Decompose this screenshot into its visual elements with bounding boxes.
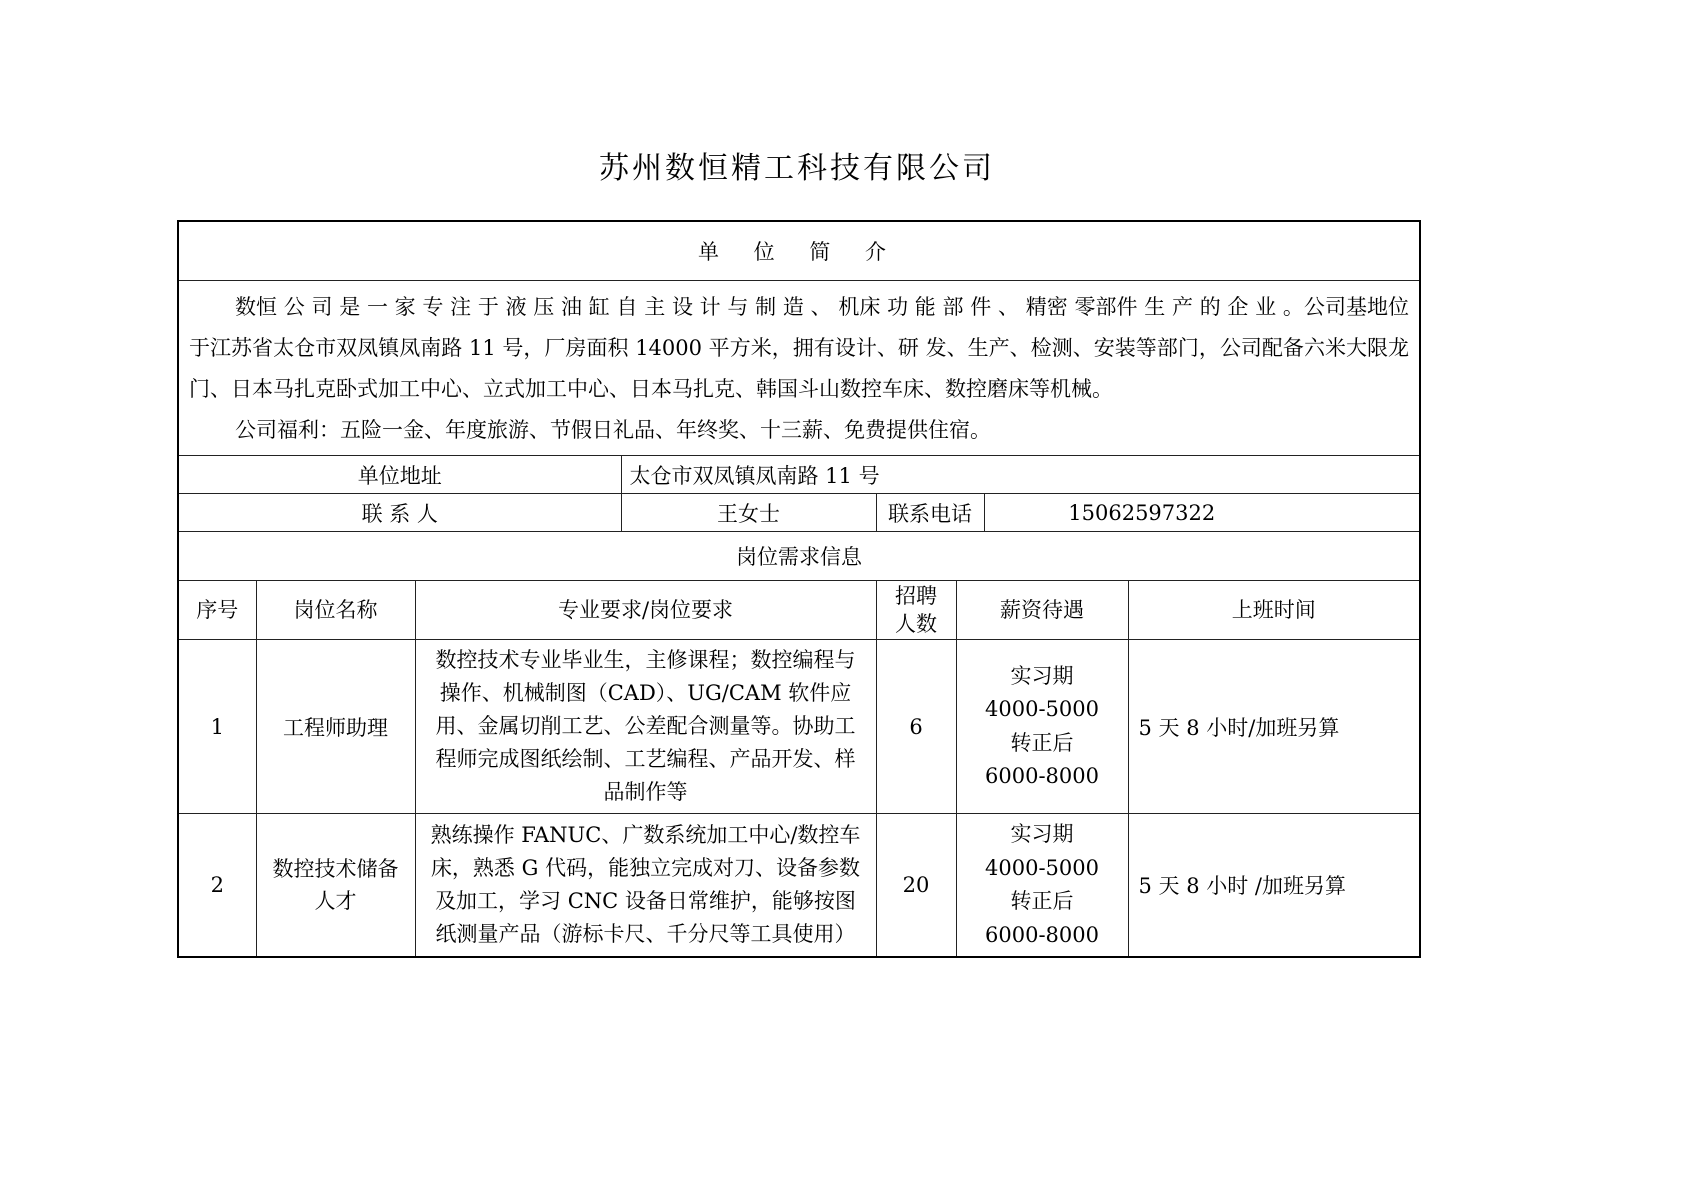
jobs-section-title: 岗位需求信息 bbox=[178, 532, 1420, 581]
jobs-column-header-row: 序号 岗位名称 专业要求/岗位要求 招聘 人数 薪资待遇 上班时间 bbox=[178, 581, 1420, 640]
contact-person-value: 王女士 bbox=[621, 494, 876, 532]
col-header-requirements: 专业要求/岗位要求 bbox=[415, 581, 876, 640]
intro-header-row: 单 位 简 介 bbox=[178, 221, 1420, 281]
salary-regular-label: 转正后 bbox=[957, 885, 1128, 919]
col-header-index: 序号 bbox=[178, 581, 256, 640]
col-header-headcount-line2: 人数 bbox=[877, 610, 956, 638]
col-header-headcount-line1: 招聘 bbox=[877, 582, 956, 610]
salary-regular-value: 6000-8000 bbox=[957, 760, 1128, 794]
col-header-position: 岗位名称 bbox=[256, 581, 415, 640]
address-value: 太仓市双凤镇凤南路 11 号 bbox=[621, 456, 1420, 494]
address-row: 单位地址 太仓市双凤镇凤南路 11 号 bbox=[178, 456, 1420, 494]
jobs-header-row: 岗位需求信息 bbox=[178, 532, 1420, 581]
job-headcount: 6 bbox=[876, 640, 956, 814]
intro-cell: 数恒 公 司 是 一 家 专 注 于 液 压 油 缸 自 主 设 计 与 制 造… bbox=[178, 281, 1420, 456]
job-index: 1 bbox=[178, 640, 256, 814]
document-title: 苏州数恒精工科技有限公司 bbox=[0, 143, 1594, 187]
job-index: 2 bbox=[178, 814, 256, 958]
job-row: 1 工程师助理 数控技术专业毕业生，主修课程；数控编程与操作、机械制图（CAD）… bbox=[178, 640, 1420, 814]
salary-intern-value: 4000-5000 bbox=[957, 852, 1128, 886]
phone-value: 15062597322 bbox=[984, 494, 1420, 532]
salary-intern-value: 4000-5000 bbox=[957, 693, 1128, 727]
company-description: 数恒 公 司 是 一 家 专 注 于 液 压 油 缸 自 主 设 计 与 制 造… bbox=[189, 287, 1409, 410]
salary-regular-value: 6000-8000 bbox=[957, 919, 1128, 953]
col-header-headcount: 招聘 人数 bbox=[876, 581, 956, 640]
recruitment-table: 单 位 简 介 数恒 公 司 是 一 家 专 注 于 液 压 油 缸 自 主 设… bbox=[177, 220, 1421, 958]
job-salary: 实习期 4000-5000 转正后 6000-8000 bbox=[956, 640, 1128, 814]
col-header-hours: 上班时间 bbox=[1128, 581, 1420, 640]
salary-intern-label: 实习期 bbox=[957, 660, 1128, 694]
col-header-salary: 薪资待遇 bbox=[956, 581, 1128, 640]
job-headcount: 20 bbox=[876, 814, 956, 958]
job-salary: 实习期 4000-5000 转正后 6000-8000 bbox=[956, 814, 1128, 958]
salary-regular-label: 转正后 bbox=[957, 727, 1128, 761]
contact-row: 联 系 人 王女士 联系电话 15062597322 bbox=[178, 494, 1420, 532]
salary-intern-label: 实习期 bbox=[957, 818, 1128, 852]
address-label: 单位地址 bbox=[178, 456, 621, 494]
job-requirements: 熟练操作 FANUC、广数系统加工中心/数控车床，熟悉 G 代码，能独立完成对刀… bbox=[415, 814, 876, 958]
job-hours: 5 天 8 小时 /加班另算 bbox=[1128, 814, 1420, 958]
job-position: 工程师助理 bbox=[256, 640, 415, 814]
company-benefits: 公司福利：五险一金、年度旅游、节假日礼品、年终奖、十三薪、免费提供住宿。 bbox=[189, 410, 1409, 451]
job-position: 数控技术储备人才 bbox=[256, 814, 415, 958]
job-hours: 5 天 8 小时/加班另算 bbox=[1128, 640, 1420, 814]
contact-person-label: 联 系 人 bbox=[178, 494, 621, 532]
job-row: 2 数控技术储备人才 熟练操作 FANUC、广数系统加工中心/数控车床，熟悉 G… bbox=[178, 814, 1420, 958]
intro-body-row: 数恒 公 司 是 一 家 专 注 于 液 压 油 缸 自 主 设 计 与 制 造… bbox=[178, 281, 1420, 456]
intro-section-title: 单 位 简 介 bbox=[178, 221, 1420, 281]
phone-label: 联系电话 bbox=[876, 494, 984, 532]
job-requirements: 数控技术专业毕业生，主修课程；数控编程与操作、机械制图（CAD）、UG/CAM … bbox=[415, 640, 876, 814]
